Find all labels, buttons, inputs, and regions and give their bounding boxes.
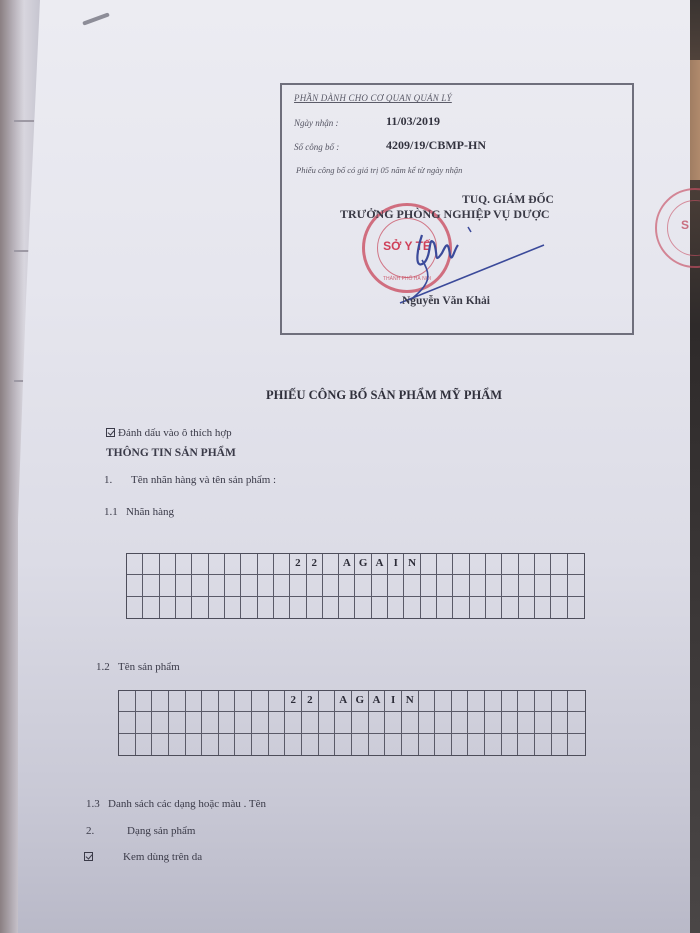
grid-cell	[169, 712, 186, 733]
grid-cell	[269, 691, 286, 712]
grid-cell: A	[372, 554, 388, 575]
grid-cell	[485, 691, 502, 712]
grid-cell	[319, 734, 336, 755]
section-heading: THÔNG TIN SẢN PHẨM	[106, 447, 236, 459]
grid-cell	[269, 734, 286, 755]
checked-box-icon[interactable]	[84, 852, 93, 861]
grid-cell	[470, 575, 486, 596]
grid-cell	[453, 575, 469, 596]
document-title: PHIẾU CÔNG BỐ SẢN PHẨM MỸ PHẨM	[0, 388, 700, 403]
grid-cell	[176, 597, 192, 618]
grid-cell: A	[339, 554, 355, 575]
grid-cell	[502, 691, 519, 712]
grid-cell	[502, 597, 518, 618]
grid-cell	[258, 597, 274, 618]
grid-cell	[127, 575, 143, 596]
grid-cell	[323, 554, 339, 575]
grid-cell	[385, 712, 402, 733]
grid-cell	[307, 597, 323, 618]
grid-cell	[235, 734, 252, 755]
item-label: Tên sản phẩm	[118, 661, 180, 673]
grid-cell	[437, 597, 453, 618]
grid-cell	[160, 597, 176, 618]
grid-cell	[192, 575, 208, 596]
grid-cell	[453, 597, 469, 618]
grid-cell	[388, 597, 404, 618]
grid-cell	[468, 734, 485, 755]
grid-cell	[486, 554, 502, 575]
item-1-2: 1.2Tên sản phẩm	[96, 661, 180, 673]
grid-cell	[552, 712, 569, 733]
grid-cell: 2	[302, 691, 319, 712]
stamp-ring-text: THÀNH PHỐ HÀ NỘI	[365, 276, 449, 282]
grid-cell	[551, 575, 567, 596]
grid-cell	[435, 734, 452, 755]
item-number: 2.	[86, 825, 127, 837]
grid-cell	[568, 597, 584, 618]
grid-cell	[385, 734, 402, 755]
grid-cell	[568, 691, 585, 712]
signatory-title-line2: TRƯỞNG PHÒNG NGHIỆP VỤ DƯỢC	[340, 207, 550, 222]
grid-cell	[551, 597, 567, 618]
grid-cell	[437, 575, 453, 596]
grid-cell	[535, 691, 552, 712]
grid-cell	[486, 597, 502, 618]
item-label: Tên nhãn hàng và tên sản phẩm :	[131, 474, 276, 486]
grid-cell	[176, 554, 192, 575]
grid-cell	[319, 712, 336, 733]
grid-cell	[274, 554, 290, 575]
grid-cell	[335, 712, 352, 733]
grid-cell	[369, 712, 386, 733]
grid-cell	[319, 691, 336, 712]
grid-cell	[535, 734, 552, 755]
grid-cell	[202, 712, 219, 733]
grid-cell	[518, 734, 535, 755]
grid-cell	[152, 712, 169, 733]
checked-box-icon	[106, 428, 115, 437]
grid-cell	[535, 597, 551, 618]
grid-cell	[485, 734, 502, 755]
item-2-option: Kem dùng trên da	[84, 851, 202, 863]
grid-cell	[302, 734, 319, 755]
grid-cell	[252, 734, 269, 755]
grid-cell	[419, 691, 436, 712]
grid-cell	[192, 597, 208, 618]
grid-cell	[453, 554, 469, 575]
grid-cell	[225, 554, 241, 575]
grid-cell	[452, 691, 469, 712]
item-number: 1.2	[96, 661, 118, 673]
grid-cell	[127, 597, 143, 618]
item-number: 1.3	[86, 798, 108, 810]
grid-cell	[519, 597, 535, 618]
grid-cell	[235, 691, 252, 712]
grid-cell	[402, 734, 419, 755]
grid-cell	[551, 554, 567, 575]
grid-cell	[355, 575, 371, 596]
grid-cell	[535, 575, 551, 596]
grid-cell	[568, 712, 585, 733]
grid-cell	[486, 575, 502, 596]
grid-cell	[274, 597, 290, 618]
grid-cell	[209, 575, 225, 596]
grid-cell	[143, 554, 159, 575]
publication-number-label: Số công bố :	[294, 142, 339, 152]
grid-cell	[258, 554, 274, 575]
grid-cell	[241, 597, 257, 618]
grid-cell	[209, 597, 225, 618]
grid-cell	[152, 691, 169, 712]
grid-cell	[470, 554, 486, 575]
grid-cell: 2	[285, 691, 302, 712]
grid-cell	[552, 691, 569, 712]
grid-cell	[323, 575, 339, 596]
grid-cell	[519, 575, 535, 596]
grid-cell: N	[404, 554, 420, 575]
grid-cell	[252, 712, 269, 733]
grid-cell	[136, 734, 153, 755]
edge-stamp-text: S	[681, 218, 689, 232]
grid-cell	[470, 597, 486, 618]
grid-cell	[269, 712, 286, 733]
grid-cell	[502, 712, 519, 733]
grid-cell	[160, 554, 176, 575]
grid-cell	[468, 691, 485, 712]
grid-cell	[502, 575, 518, 596]
grid-cell	[372, 575, 388, 596]
item-label: Dạng sản phẩm	[127, 825, 195, 837]
instruction-line: Đánh dấu vào ô thích hợp	[106, 427, 232, 439]
grid-cell	[323, 597, 339, 618]
grid-cell	[274, 575, 290, 596]
grid-cell	[568, 554, 584, 575]
grid-cell	[186, 691, 203, 712]
grid-cell	[535, 554, 551, 575]
grid-cell	[302, 712, 319, 733]
grid-cell	[225, 575, 241, 596]
item-1-3: 1.3Danh sách các dạng hoặc màu . Tên	[86, 798, 266, 810]
grid-cell	[518, 712, 535, 733]
grid-cell	[176, 575, 192, 596]
grid-cell	[502, 734, 519, 755]
grid-cell	[421, 575, 437, 596]
stamp-text: SỞ Y TẾ	[365, 239, 449, 253]
item-number: 1.	[104, 474, 131, 486]
grid-cell	[285, 712, 302, 733]
grid-cell	[435, 712, 452, 733]
grid-cell	[119, 712, 136, 733]
item-1-1: 1.1Nhãn hàng	[104, 506, 174, 518]
grid-cell	[285, 734, 302, 755]
grid-cell	[152, 734, 169, 755]
grid-cell	[419, 734, 436, 755]
grid-cell	[352, 734, 369, 755]
grid-cell: N	[402, 691, 419, 712]
grid-cell	[437, 554, 453, 575]
grid-cell	[404, 597, 420, 618]
validity-note: Phiếu công bố có giá trị 05 năm kể từ ng…	[296, 165, 462, 175]
grid-cell	[307, 575, 323, 596]
grid-cell	[419, 712, 436, 733]
grid-cell	[241, 575, 257, 596]
brand-name-grid: 22AGAIN	[126, 553, 585, 619]
admin-use-box: PHẦN DÀNH CHO CƠ QUAN QUẢN LÝ Ngày nhận …	[280, 83, 634, 335]
grid-cell	[186, 712, 203, 733]
grid-cell	[452, 712, 469, 733]
grid-cell	[252, 691, 269, 712]
grid-cell	[136, 712, 153, 733]
grid-cell	[202, 734, 219, 755]
signatory-title-line1: TUQ. GIÁM ĐỐC	[282, 194, 634, 206]
grid-cell	[241, 554, 257, 575]
grid-cell	[568, 734, 585, 755]
received-date-label: Ngày nhận :	[294, 118, 339, 128]
grid-cell	[335, 734, 352, 755]
option-label: Kem dùng trên da	[123, 851, 202, 863]
grid-cell	[219, 734, 236, 755]
grid-cell: A	[335, 691, 352, 712]
grid-cell	[202, 691, 219, 712]
publication-number-value: 4209/19/CBMP-HN	[386, 138, 486, 153]
grid-cell	[404, 575, 420, 596]
product-name-grid: 22AGAIN	[118, 690, 586, 756]
grid-cell	[435, 691, 452, 712]
grid-cell: 2	[307, 554, 323, 575]
grid-cell	[402, 712, 419, 733]
grid-cell	[355, 597, 371, 618]
grid-cell	[209, 554, 225, 575]
admin-box-heading: PHẦN DÀNH CHO CƠ QUAN QUẢN LÝ	[294, 93, 452, 103]
grid-cell	[290, 575, 306, 596]
item-label: Nhãn hàng	[126, 506, 174, 518]
grid-cell: I	[385, 691, 402, 712]
wall-tile-line	[14, 120, 34, 122]
grid-cell	[421, 597, 437, 618]
item-number: 1.1	[104, 506, 126, 518]
grid-cell	[136, 691, 153, 712]
grid-cell	[535, 712, 552, 733]
grid-cell	[119, 691, 136, 712]
grid-cell	[290, 597, 306, 618]
item-label: Danh sách các dạng hoặc màu . Tên	[108, 798, 266, 810]
grid-cell	[339, 575, 355, 596]
grid-cell	[452, 734, 469, 755]
instruction-text: Đánh dấu vào ô thích hợp	[118, 427, 232, 439]
grid-cell	[421, 554, 437, 575]
grid-cell	[219, 691, 236, 712]
grid-cell	[192, 554, 208, 575]
grid-cell	[143, 575, 159, 596]
grid-cell	[568, 575, 584, 596]
grid-cell	[225, 597, 241, 618]
item-2: 2.Dạng sản phẩm	[86, 825, 195, 837]
grid-cell	[258, 575, 274, 596]
received-date-value: 11/03/2019	[386, 114, 440, 129]
grid-cell: I	[388, 554, 404, 575]
grid-cell	[552, 734, 569, 755]
grid-cell	[160, 575, 176, 596]
grid-cell	[372, 597, 388, 618]
item-1: 1.Tên nhãn hàng và tên sản phẩm :	[104, 474, 276, 486]
grid-cell	[127, 554, 143, 575]
grid-cell: 2	[290, 554, 306, 575]
grid-cell	[518, 691, 535, 712]
grid-cell	[169, 734, 186, 755]
grid-cell	[119, 734, 136, 755]
signatory-name: Nguyễn Văn Khải	[402, 295, 490, 307]
grid-cell	[235, 712, 252, 733]
grid-cell: A	[369, 691, 386, 712]
grid-cell	[369, 734, 386, 755]
grid-cell: G	[352, 691, 369, 712]
grid-cell	[219, 712, 236, 733]
grid-cell	[352, 712, 369, 733]
grid-cell	[519, 554, 535, 575]
grid-cell	[468, 712, 485, 733]
grid-cell	[502, 554, 518, 575]
grid-cell	[143, 597, 159, 618]
grid-cell	[339, 597, 355, 618]
grid-cell: G	[355, 554, 371, 575]
grid-cell	[186, 734, 203, 755]
grid-cell	[169, 691, 186, 712]
grid-cell	[388, 575, 404, 596]
grid-cell	[485, 712, 502, 733]
